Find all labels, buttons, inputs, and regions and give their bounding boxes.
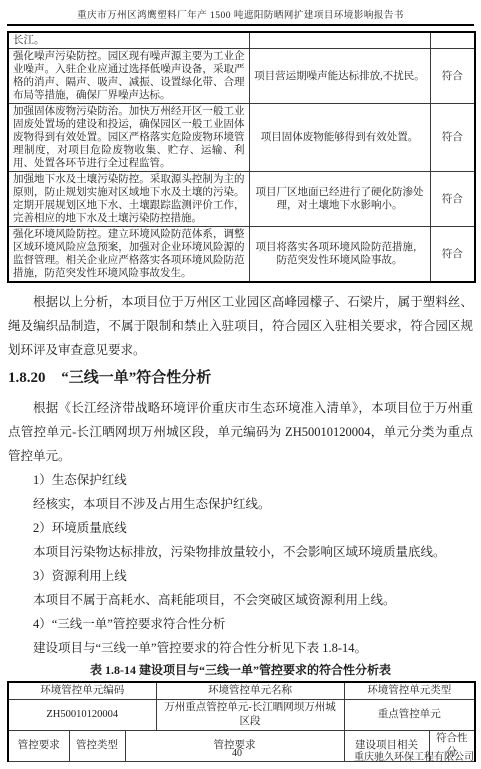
table-row: 强化环境风险防控。建立环境风险防范体系，调整区域环境风险应急预案，加强对企业环境… <box>8 227 475 283</box>
list-item-body: 经核实，本项目不涉及占用生态保护红线。 <box>8 492 473 516</box>
section-title: “三线一单”符合性分析 <box>61 370 211 386</box>
section-heading: 1.8.20 “三线一单”符合性分析 <box>8 368 473 389</box>
conclusion-cell: 符合 <box>430 227 475 283</box>
conclusion-cell: 符合 <box>430 104 475 172</box>
section-intro-paragraph: 根据《长江经济带战略环境评价重庆市生态环境准入清单》，本项目位于万州重点管控单元… <box>8 396 473 468</box>
document-page: 重庆市万州区鸿鹰塑料厂年产 1500 吨遮阳防晒网扩建项目环境影响报告书 长江。… <box>0 0 481 769</box>
unit-name-header-cell: 环境管控单元名称 <box>156 682 344 700</box>
analysis-summary-paragraph: 根据以上分析，本项目位于万州区工业园区高峰园檬子、石梁片，属于塑料丝、绳及编织品… <box>8 290 473 362</box>
list-item-label: 3）资源利用上线 <box>8 564 473 588</box>
requirement-cell: 加强固体废物污染防治。加快万州经开区一般工业固废处置场的建设和投运，确保园区一般… <box>8 104 249 172</box>
unit-type-header-cell: 环境管控单元类型 <box>344 682 475 700</box>
table-row: 长江。 <box>8 32 475 49</box>
section-number: 1.8.20 <box>8 370 46 386</box>
project-situation-cell: 项目将落实各项环境风险防范措施，防范突发性环境风险事故。 <box>249 227 430 283</box>
page-header: 重庆市万州区鸿鹰塑料厂年产 1500 吨遮阳防晒网扩建项目环境影响报告书 <box>7 0 474 26</box>
page-number: 40 <box>232 748 242 759</box>
project-situation-cell <box>249 32 430 49</box>
list-item-body: 本项目污染物达标排放，污染物排放量较小，不会影响区域环境质量底线。 <box>8 540 473 564</box>
list-item-body: 建设项目与“三线一单”管控要求的符合性分析见下表 1.8-14。 <box>8 636 473 660</box>
list-item-label: 1）生态保护红线 <box>8 468 473 492</box>
table-row: 加强固体废物污染防治。加快万州经开区一般工业固废处置场的建设和投运，确保园区一般… <box>8 104 475 172</box>
requirement-cell: 长江。 <box>8 32 249 49</box>
unit-code-header-cell: 环境管控单元编码 <box>8 682 156 700</box>
conclusion-cell: 符合 <box>430 49 475 104</box>
table-caption: 表 1.8-14 建设项目与“三线一单”管控要求的符合性分析表 <box>0 663 481 678</box>
project-situation-cell: 项目固体废物能够得到有效处置。 <box>249 104 430 172</box>
list-item-body: 本项目不属于高耗水、高耗能项目，不会突破区域资源利用上线。 <box>8 588 473 612</box>
project-situation-cell: 项目厂区地面已经进行了硬化防渗处理，对土壤地下水影响小。 <box>249 172 430 227</box>
table-row: 环境管控单元编码 环境管控单元名称 环境管控单元类型 <box>8 682 475 700</box>
table-row: 强化噪声污染防控。园区现有噪声源主要为工业企业噪声。入驻企业应通过选择低噪声设备… <box>8 49 475 104</box>
requirement-cell: 加强地下水及土壤污染防控。采取源头控制为主的原则，防止规划实施对区域地下水及土壤… <box>8 172 249 227</box>
unit-type-value-cell: 重点管控单元 <box>344 700 475 731</box>
project-situation-cell: 项目营运期噪声能达标排放,不扰民。 <box>249 49 430 104</box>
park-planning-compliance-table: 长江。 强化噪声污染防控。园区现有噪声源主要为工业企业噪声。入驻企业应通过选择低… <box>7 31 476 283</box>
list-item-label: 4）“三线一单”管控要求符合性分析 <box>8 612 473 636</box>
requirement-cell: 强化环境风险防控。建立环境风险防范体系，调整区域环境风险应急预案，加强对企业环境… <box>8 227 249 283</box>
report-title: 重庆市万州区鸿鹰塑料厂年产 1500 吨遮阳防晒网扩建项目环境影响报告书 <box>77 11 404 21</box>
footer-company-name: 重庆驰久环保工程有限公司 <box>354 748 474 763</box>
conclusion-cell <box>430 32 475 49</box>
table-row: 加强地下水及土壤污染防控。采取源头控制为主的原则，防止规划实施对区域地下水及土壤… <box>8 172 475 227</box>
page-footer: 40 重庆驰久环保工程有限公司 <box>0 748 474 764</box>
conclusion-cell: 符合 <box>430 172 475 227</box>
unit-name-value-cell: 万州重点管控单元-长江晒网坝万州城区段 <box>156 700 344 731</box>
unit-code-value-cell: ZH50010120004 <box>8 700 156 731</box>
list-item-label: 2）环境质量底线 <box>8 516 473 540</box>
requirement-cell: 强化噪声污染防控。园区现有噪声源主要为工业企业噪声。入驻企业应通过选择低噪声设备… <box>8 49 249 104</box>
table-row: ZH50010120004 万州重点管控单元-长江晒网坝万州城区段 重点管控单元 <box>8 700 475 731</box>
